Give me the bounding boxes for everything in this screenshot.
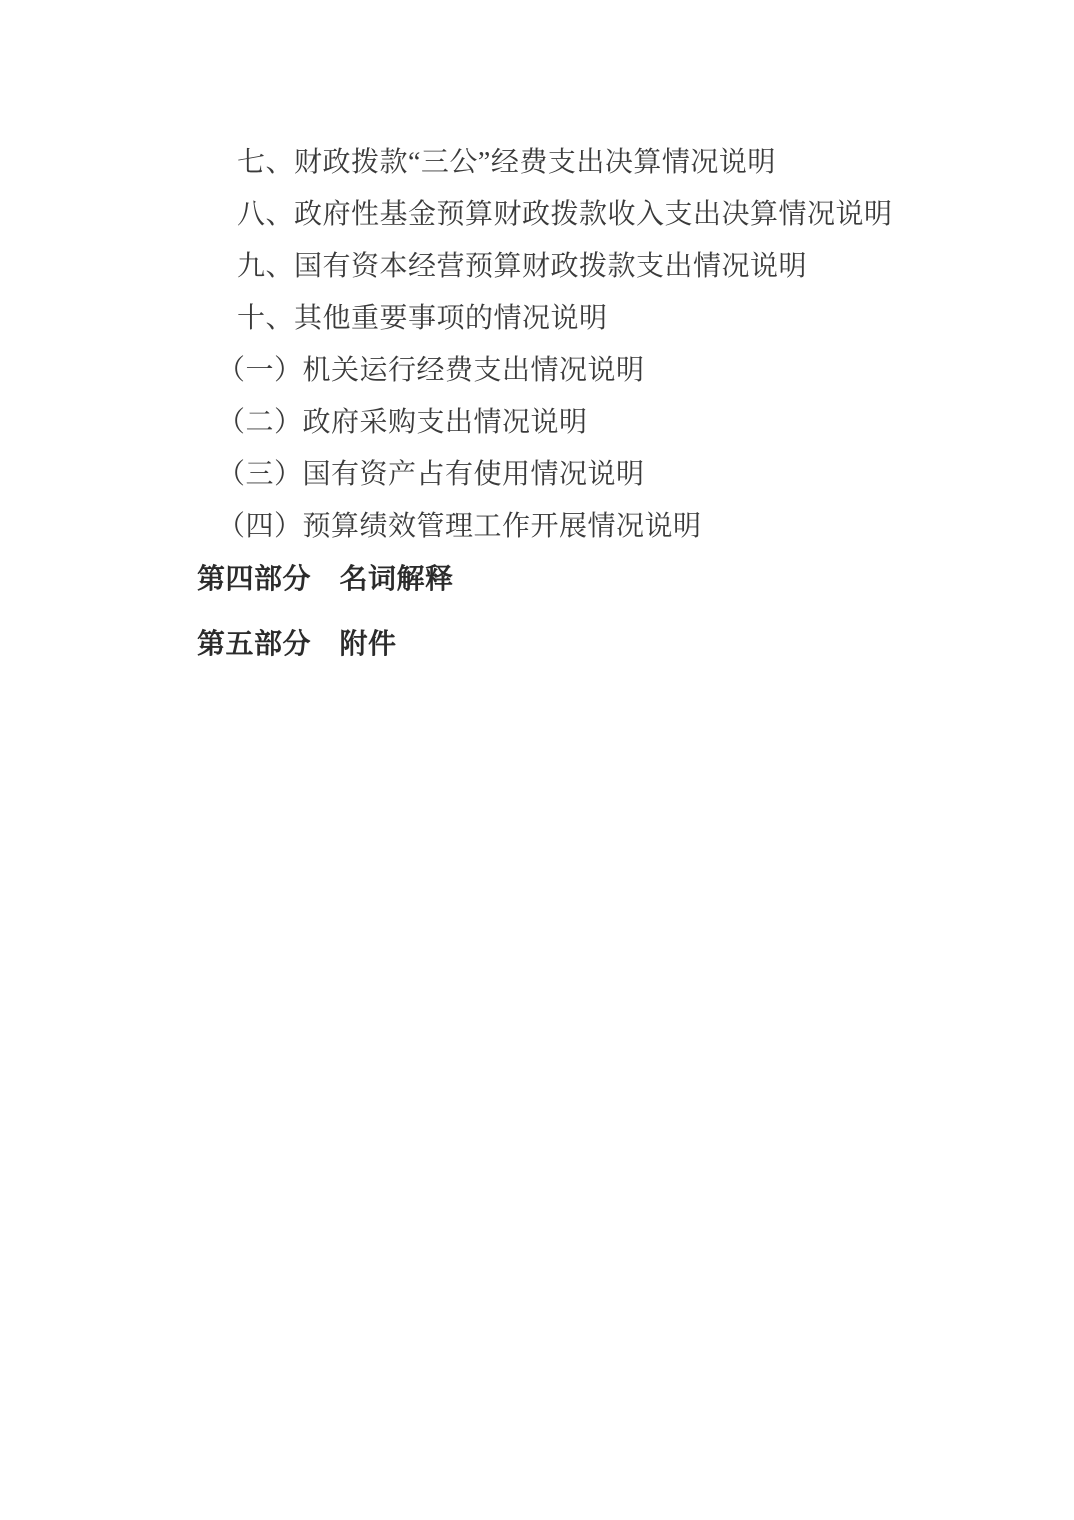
toc-item-10: 十、其他重要事项的情况说明 bbox=[237, 293, 984, 345]
section-heading-part-5: 第五部分 附件 bbox=[197, 619, 984, 671]
toc-subitem-3: （三）国有资产占有使用情况说明 bbox=[217, 449, 984, 501]
toc-subitem-4: （四）预算绩效管理工作开展情况说明 bbox=[217, 501, 984, 553]
section-heading-part-4: 第四部分 名词解释 bbox=[197, 554, 984, 606]
toc-item-8: 八、政府性基金预算财政拨款收入支出决算情况说明 bbox=[237, 189, 984, 241]
document-page: 七、财政拨款“三公”经费支出决算情况说明 八、政府性基金预算财政拨款收入支出决算… bbox=[0, 0, 1074, 1520]
toc-item-9: 九、国有资本经营预算财政拨款支出情况说明 bbox=[237, 241, 984, 293]
toc-subitem-1: （一）机关运行经费支出情况说明 bbox=[217, 345, 984, 397]
table-of-contents: 七、财政拨款“三公”经费支出决算情况说明 八、政府性基金预算财政拨款收入支出决算… bbox=[197, 137, 984, 671]
toc-item-7: 七、财政拨款“三公”经费支出决算情况说明 bbox=[237, 137, 984, 189]
toc-subitem-2: （二）政府采购支出情况说明 bbox=[217, 397, 984, 449]
